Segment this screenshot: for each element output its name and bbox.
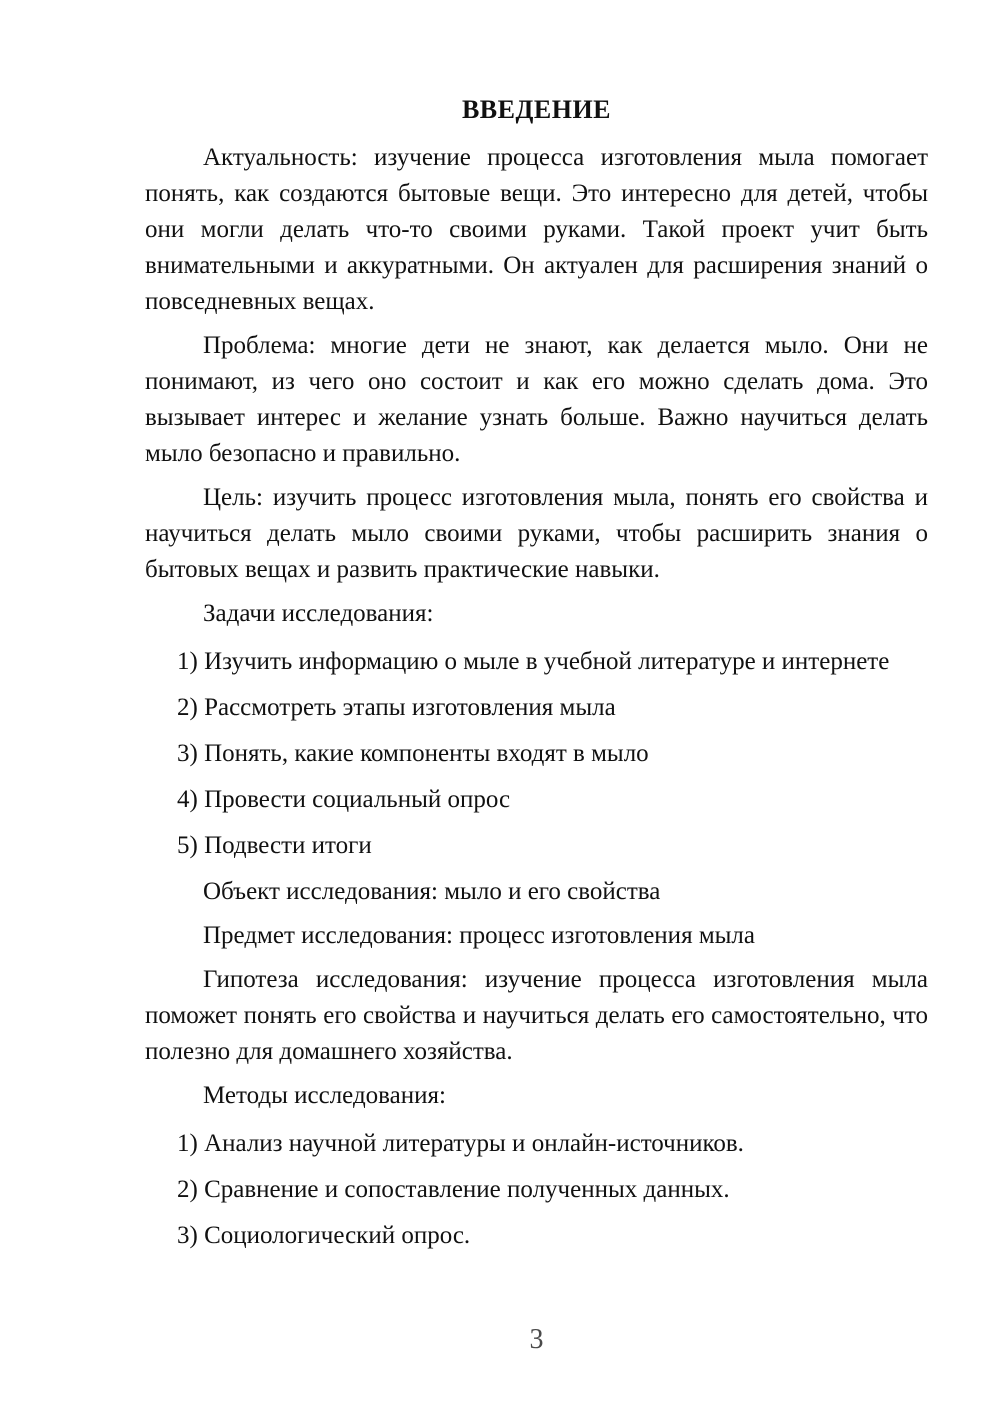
task-item-4: 4) Провести социальный опрос (177, 782, 928, 818)
method-item-3: 3) Социологический опрос. (177, 1218, 928, 1254)
task-item-2: 2) Рассмотреть этапы изготовления мыла (177, 690, 928, 726)
paragraph-goal: Цель: изучить процесс изготовления мыла,… (145, 480, 928, 588)
page-title: ВВЕДЕНИЕ (145, 92, 928, 128)
task-item-5: 5) Подвести итоги (177, 828, 928, 864)
tasks-heading: Задачи исследования: (145, 596, 928, 632)
object-line: Объект исследования: мыло и его свойства (145, 874, 928, 910)
document-page: ВВЕДЕНИЕ Актуальность: изучение процесса… (0, 0, 1000, 1414)
method-item-1: 1) Анализ научной литературы и онлайн-ис… (177, 1126, 928, 1162)
paragraph-problem: Проблема: многие дети не знают, как дела… (145, 328, 928, 472)
task-item-3: 3) Понять, какие компоненты входят в мыл… (177, 736, 928, 772)
paragraph-relevance: Актуальность: изучение процесса изготовл… (145, 140, 928, 320)
subject-line: Предмет исследования: процесс изготовлен… (145, 918, 928, 954)
method-item-2: 2) Сравнение и сопоставление полученных … (177, 1172, 928, 1208)
tasks-list: 1) Изучить информацию о мыле в учебной л… (145, 644, 928, 864)
methods-heading: Методы исследования: (145, 1078, 928, 1114)
paragraph-hypothesis: Гипотеза исследования: изучение процесса… (145, 962, 928, 1070)
page-number: 3 (145, 1322, 928, 1358)
methods-list: 1) Анализ научной литературы и онлайн-ис… (145, 1126, 928, 1254)
task-item-1: 1) Изучить информацию о мыле в учебной л… (177, 644, 928, 680)
